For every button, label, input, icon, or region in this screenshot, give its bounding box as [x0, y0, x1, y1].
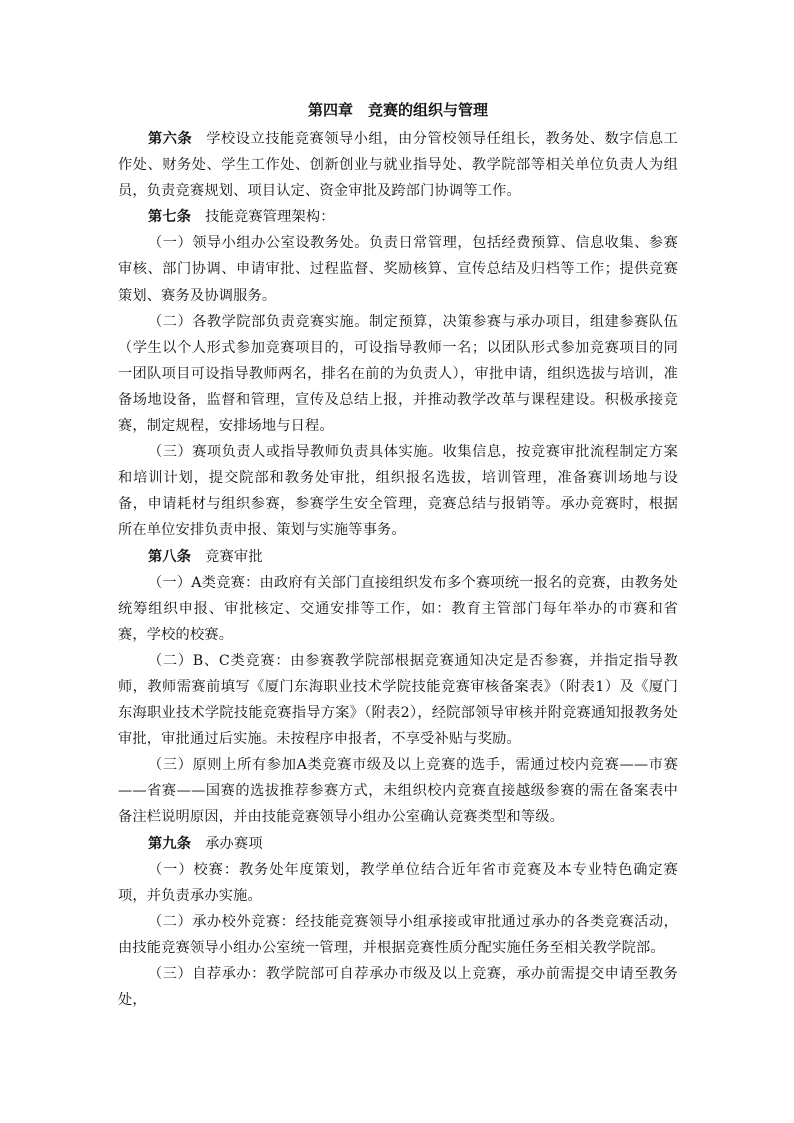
article-9-item-3: （三）自荐承办：教学院部可自荐承办市级及以上竞赛，承办前需提交申请至教务处， — [118, 961, 678, 1013]
article-6: 第六条学校设立技能竞赛领导小组，由分管校领导任组长，教务处、数字信息工作处、财务… — [118, 126, 678, 204]
article-label: 第七条 — [148, 209, 191, 225]
article-7: 第七条技能竞赛管理架构： — [118, 204, 678, 230]
article-8-item-1: （一）A类竞赛：由政府有关部门直接组织发布多个赛项统一报名的竞赛，由教务处统筹组… — [118, 570, 678, 648]
article-7-item-2: （二）各教学院部负责竞赛实施。制定预算，决策参赛与承办项目，组建参赛队伍（学生以… — [118, 309, 678, 439]
article-label: 第八条 — [148, 549, 191, 565]
article-text: 竞赛审批 — [205, 549, 263, 565]
document-page: 第四章 竞赛的组织与管理 第六条学校设立技能竞赛领导小组，由分管校领导任组长，教… — [118, 100, 678, 1013]
article-text: 学校设立技能竞赛领导小组，由分管校领导任组长，教务处、数字信息工作处、财务处、学… — [118, 131, 678, 199]
article-label: 第六条 — [148, 131, 192, 147]
article-text: 承办赛项 — [205, 836, 263, 852]
article-label: 第九条 — [148, 836, 191, 852]
article-9-item-2: （二）承办校外竞赛：经技能竞赛领导小组承接或审批通过承办的各类竞赛活动，由技能竞… — [118, 909, 678, 961]
article-8-item-3: （三）原则上所有参加A类竞赛市级及以上竞赛的选手，需通过校内竞赛——市赛——省赛… — [118, 752, 678, 830]
article-7-item-3: （三）赛项负责人或指导教师负责具体实施。收集信息，按竞赛审批流程制定方案和培训计… — [118, 439, 678, 543]
article-7-item-1: （一）领导小组办公室设教务处。负责日常管理，包括经费预算、信息收集、参赛审核、部… — [118, 230, 678, 308]
chapter-title: 第四章 竞赛的组织与管理 — [118, 100, 678, 120]
article-text: 技能竞赛管理架构： — [205, 209, 335, 225]
article-8: 第八条竞赛审批 — [118, 544, 678, 570]
article-9-item-1: （一）校赛：教务处年度策划，教学单位结合近年省市竞赛及本专业特色确定赛项，并负责… — [118, 857, 678, 909]
article-9: 第九条承办赛项 — [118, 831, 678, 857]
article-8-item-2: （二）B、C类竞赛：由参赛教学院部根据竞赛通知决定是否参赛，并指定指导教师，教师… — [118, 648, 678, 752]
